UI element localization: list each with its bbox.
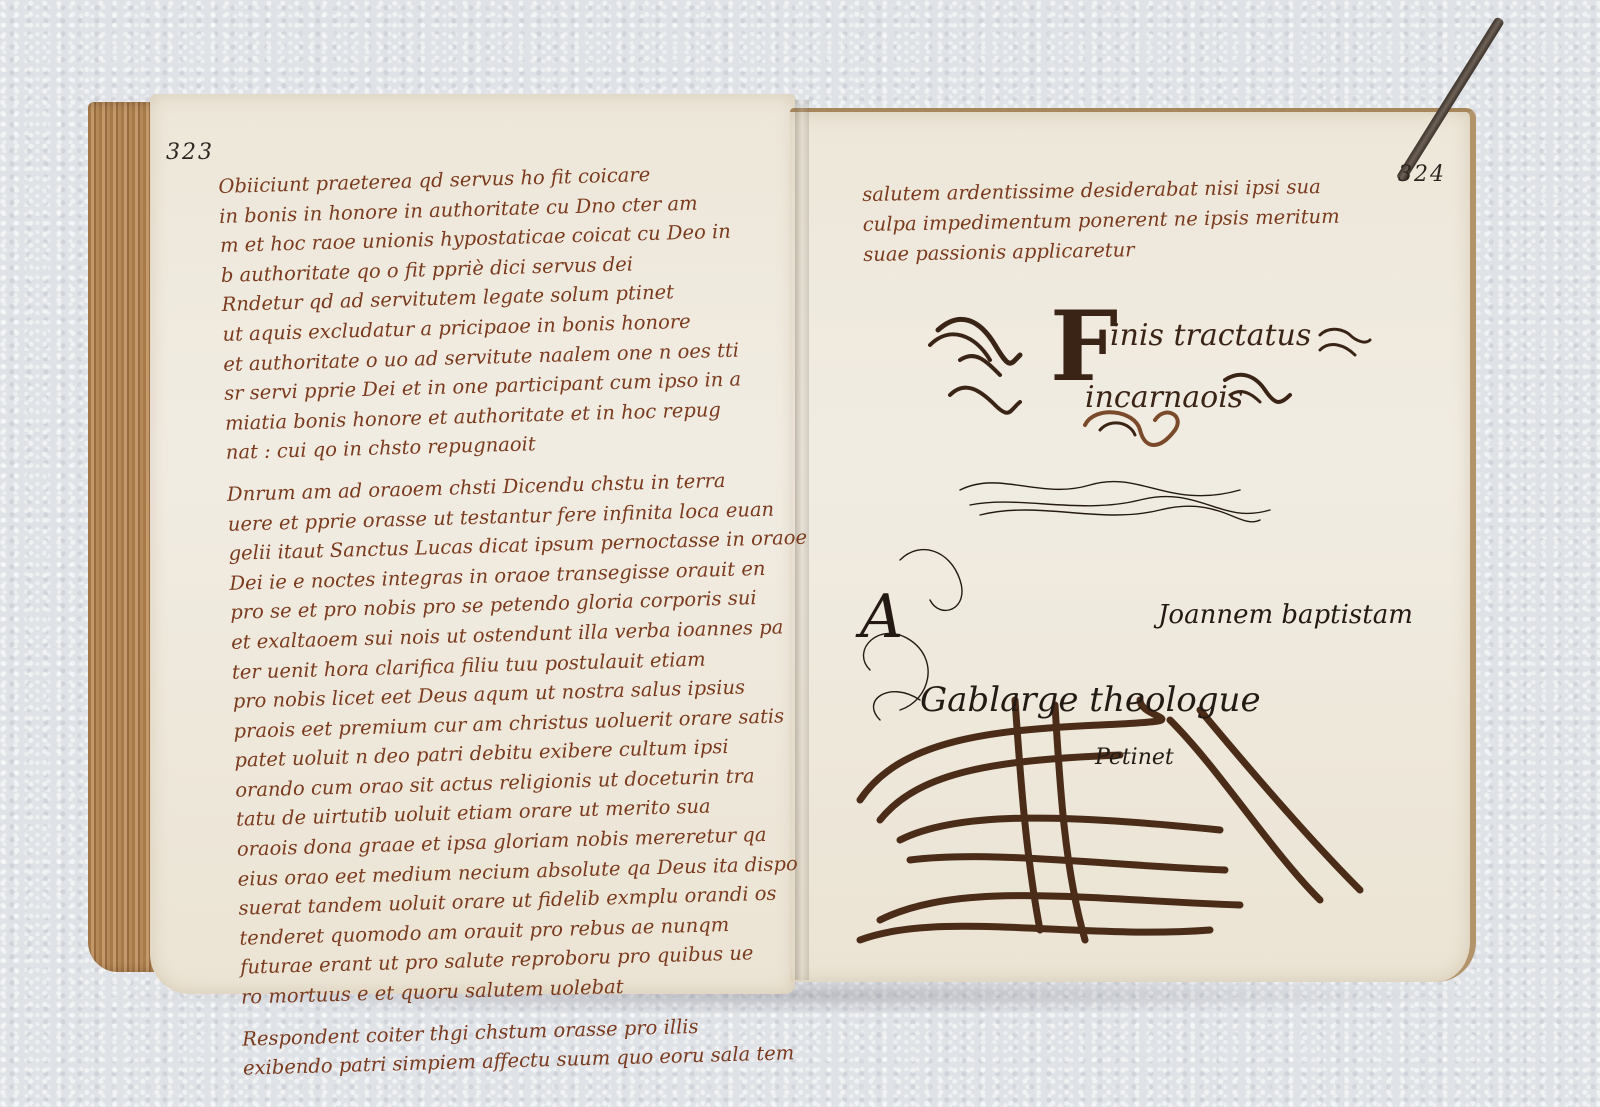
inscription-line-3: Petinet: [1095, 745, 1174, 770]
folio-number-right: 324: [1398, 162, 1446, 187]
right-page-text: salutem ardentissime desiderabat nisi ip…: [862, 172, 1340, 270]
pen-trial-scribbles-icon: [840, 470, 1400, 970]
inscription-initial: A: [860, 582, 903, 652]
folio-number-left: 323: [166, 140, 214, 165]
inscription-line-2: Gablarge theologue: [920, 680, 1261, 720]
left-page-text: Obiiciunt praeterea qd servus ho fit coi…: [218, 156, 822, 1084]
inscription-line-1: Joannem baptistam: [1158, 600, 1413, 630]
